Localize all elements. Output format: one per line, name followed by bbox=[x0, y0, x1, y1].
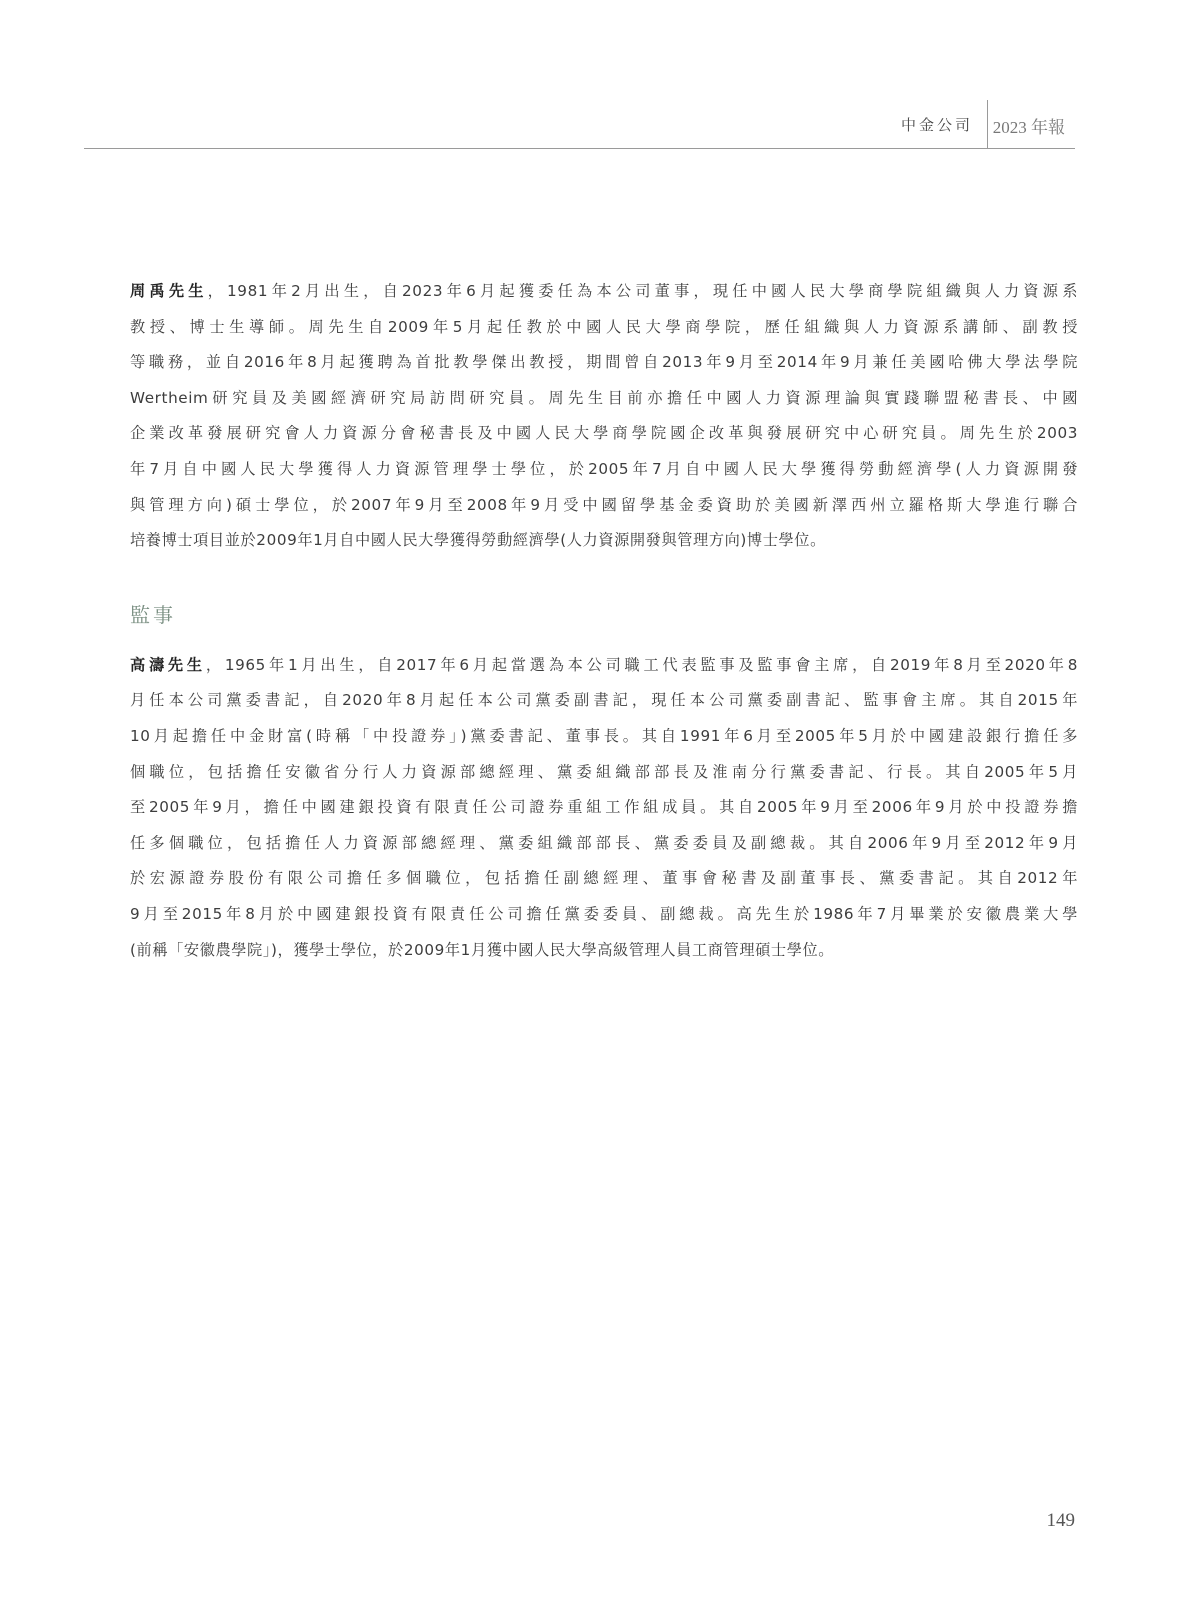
bio-line: 至2005年9月，擔任中國建銀投資有限責任公司證券重組工作組成員。其自2005年… bbox=[130, 790, 1078, 826]
director-bio: 周禹先生，1981年2月出生，自2023年6月起獲委任為本公司董事，現任中國人民… bbox=[130, 274, 1078, 559]
director-name: 周禹先生 bbox=[130, 282, 208, 300]
company-name: 中金公司 bbox=[901, 114, 973, 135]
bio-line: 10月起擔任中金財富(時稱「中投證券」)黨委書記、董事長。其自1991年6月至2… bbox=[130, 719, 1078, 755]
bio-line: Wertheim研究員及美國經濟研究局訪問研究員。周先生目前亦擔任中國人力資源理… bbox=[130, 381, 1078, 417]
supervisor-name: 高濤先生 bbox=[130, 656, 206, 674]
bio-line: 個職位，包括擔任安徽省分行人力資源部總經理、黨委組織部部長及淮南分行黨委書記、行… bbox=[130, 755, 1078, 791]
bio-line: 任多個職位，包括擔任人力資源部總經理、黨委組織部部長、黨委委員及副總裁。其自20… bbox=[130, 826, 1078, 862]
supervisor-bio: 高濤先生，1965年1月出生，自2017年6月起當選為本公司職工代表監事及監事會… bbox=[130, 648, 1078, 968]
bio-line: (前稱「安徽農學院」)，獲學士學位，於2009年1月獲中國人民大學高級管理人員工… bbox=[130, 933, 1078, 969]
bio-line: 與管理方向)碩士學位，於2007年9月至2008年9月受中國留學基金委資助於美國… bbox=[130, 488, 1078, 524]
section-title-supervisors: 監事 bbox=[130, 599, 1078, 628]
header-divider bbox=[987, 100, 988, 148]
report-title: 2023 年報 bbox=[993, 113, 1065, 138]
bio-line: 於宏源證券股份有限公司擔任多個職位，包括擔任副總經理、董事會秘書及副董事長、黨委… bbox=[130, 861, 1078, 897]
bio-line: 高濤先生，1965年1月出生，自2017年6月起當選為本公司職工代表監事及監事會… bbox=[130, 648, 1078, 684]
bio-line: 月任本公司黨委書記，自2020年8月起任本公司黨委副書記，現任本公司黨委副書記、… bbox=[130, 683, 1078, 719]
bio-line: 9月至2015年8月於中國建銀投資有限責任公司擔任黨委委員、副總裁。高先生於19… bbox=[130, 897, 1078, 933]
bio-line: 企業改革發展研究會人力資源分會秘書長及中國人民大學商學院國企改革與發展研究中心研… bbox=[130, 416, 1078, 452]
bio-line: 培養博士項目並於2009年1月自中國人民大學獲得勞動經濟學(人力資源開發與管理方… bbox=[130, 523, 1078, 559]
bio-line: 年7月自中國人民大學獲得人力資源管理學士學位，於2005年7月自中國人民大學獲得… bbox=[130, 452, 1078, 488]
main-content: 周禹先生，1981年2月出生，自2023年6月起獲委任為本公司董事，現任中國人民… bbox=[130, 274, 1078, 968]
page-number: 149 bbox=[1047, 1510, 1076, 1532]
bio-line: 周禹先生，1981年2月出生，自2023年6月起獲委任為本公司董事，現任中國人民… bbox=[130, 274, 1078, 310]
bio-line: 教授、博士生導師。周先生自2009年5月起任教於中國人民大學商學院，歷任組織與人… bbox=[130, 310, 1078, 346]
page-header: 中金公司 2023 年報 bbox=[84, 100, 1075, 149]
bio-line: 等職務，並自2016年8月起獲聘為首批教學傑出教授，期間曾自2013年9月至20… bbox=[130, 345, 1078, 381]
